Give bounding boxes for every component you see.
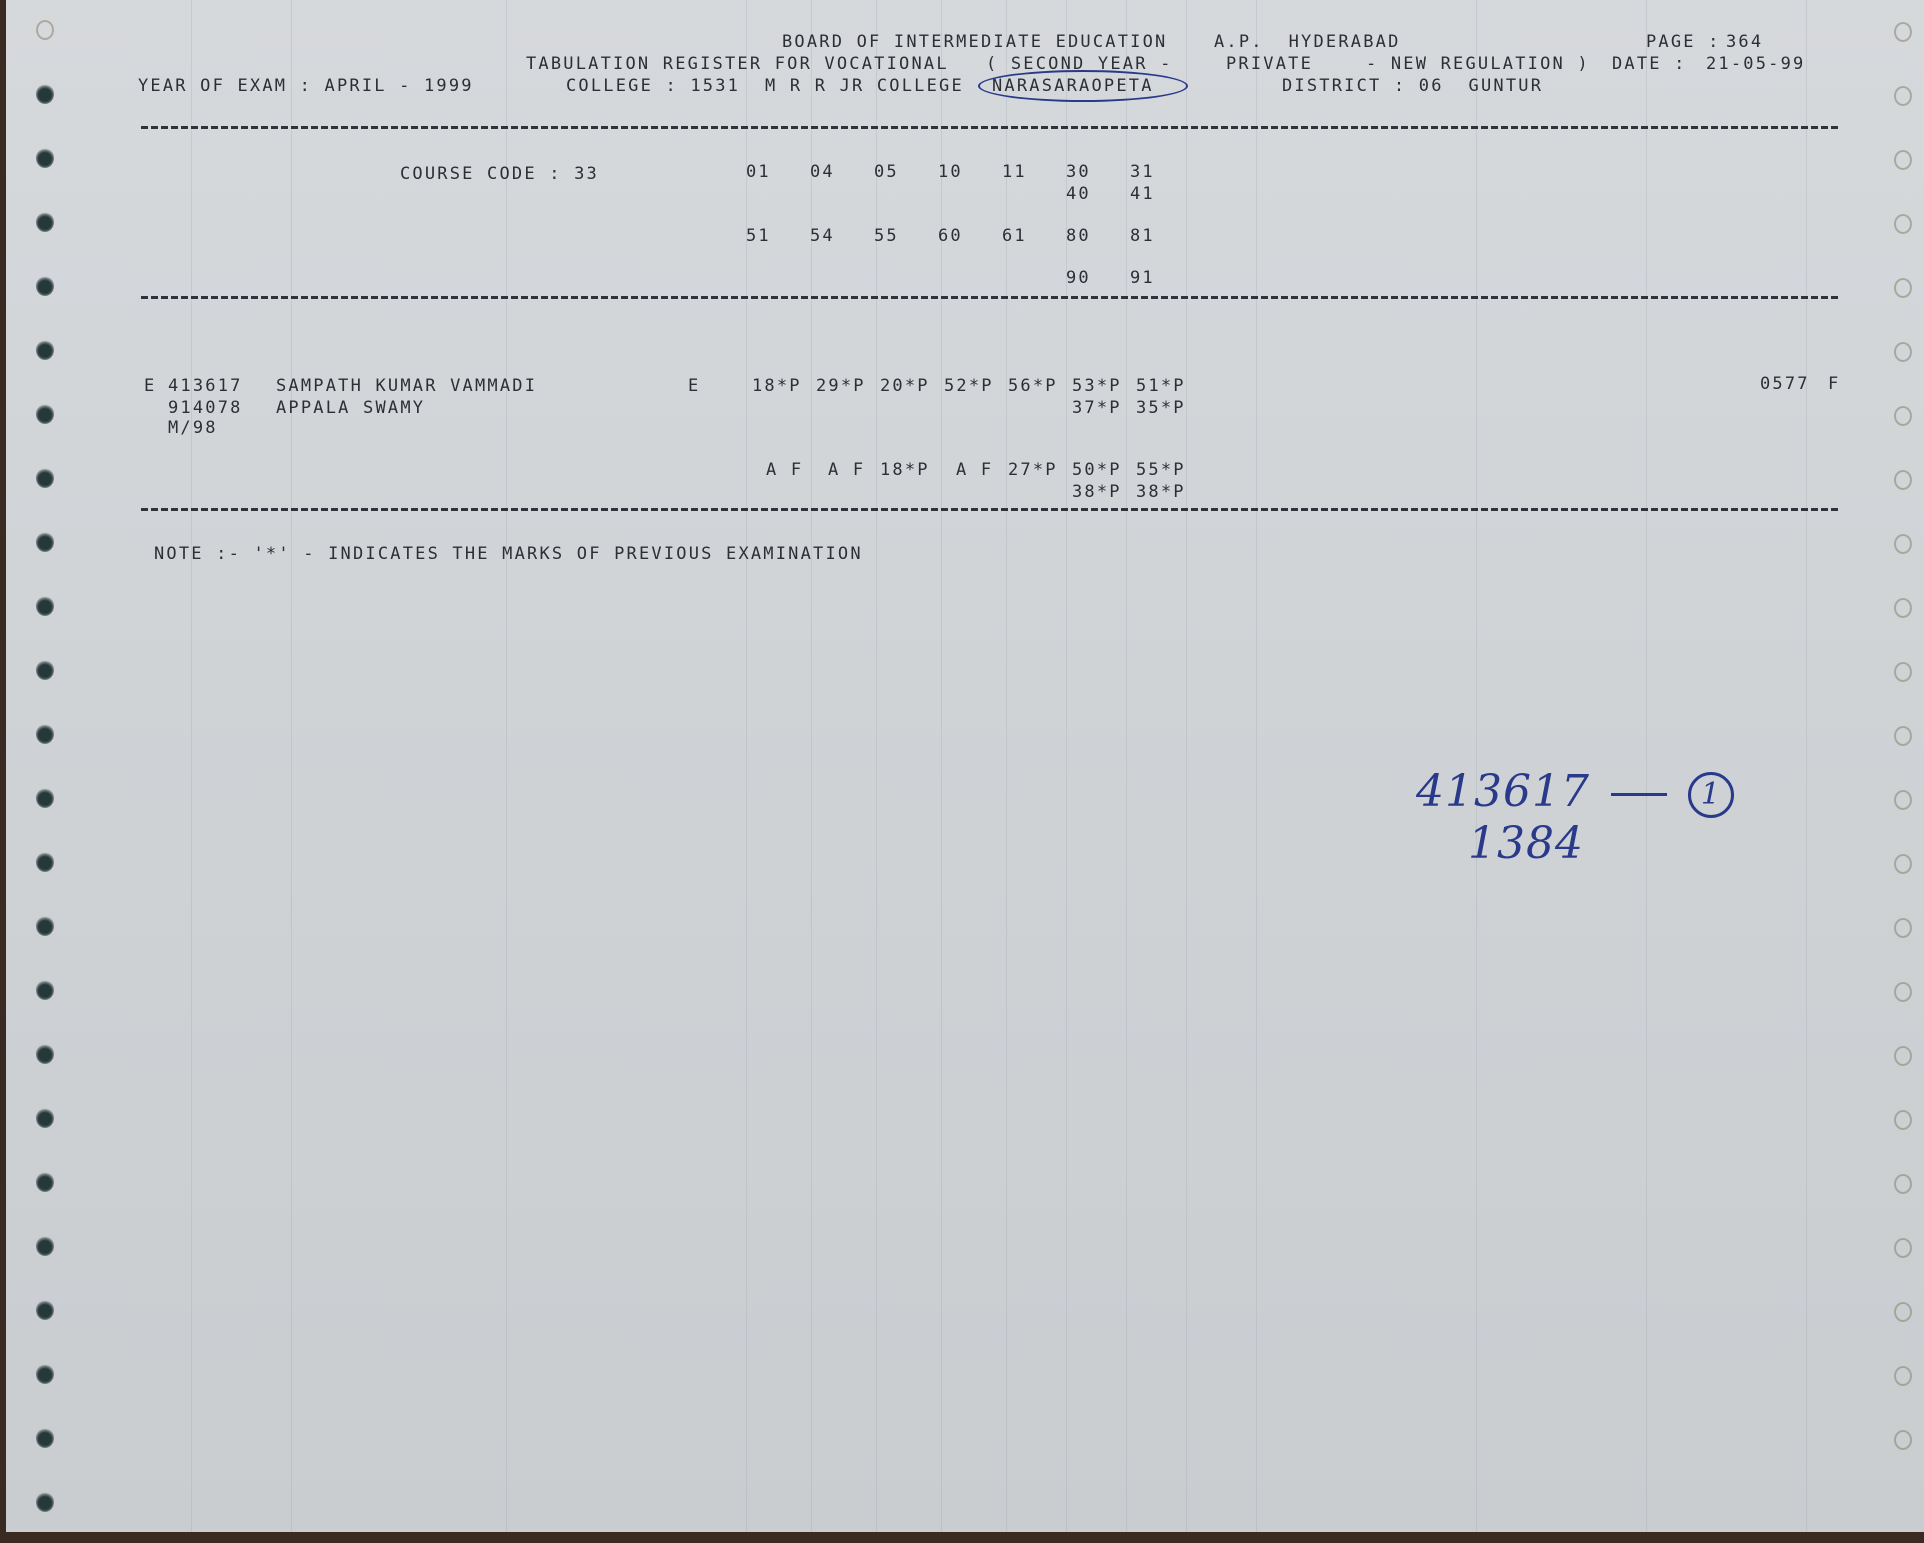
handwritten-circled-count: 1 [1688,772,1734,818]
result-status: F [1828,374,1840,395]
gender-year: M/98 [168,418,218,439]
header-divider [141,126,1838,129]
hall-ticket-number: 413617 [168,376,243,397]
record-divider [141,508,1838,511]
father-name: APPALA SWAMY [276,398,425,419]
registration-number: 914078 [168,398,243,419]
handwritten-number: 1384 [1468,820,1584,868]
year-of-exam: YEAR OF EXAM : APRIL - 1999 [138,76,474,97]
handwritten-circle-mark [978,70,1188,102]
regulation: - NEW REGULATION ) [1366,54,1590,75]
handwritten-annotation: 413617 1 [1416,768,1734,818]
page-number: 364 [1726,32,1763,53]
form-guide-lines [6,0,1924,1532]
course-divider [141,296,1838,299]
print-date: 21-05-99 [1706,54,1805,75]
handwritten-hall-ticket: 413617 [1416,766,1590,817]
page-label: PAGE : [1646,32,1721,53]
date-label: DATE : [1612,54,1687,75]
total-marks: 0577 [1760,374,1810,395]
board-location: A.P. HYDERABAD [1214,32,1401,53]
register-title: TABULATION REGISTER FOR VOCATIONAL [526,54,949,75]
candidate-type: PRIVATE [1226,54,1313,75]
student-medium: E [144,376,156,397]
course-code-label: COURSE CODE : 33 [400,164,599,185]
board-title: BOARD OF INTERMEDIATE EDUCATION [782,32,1167,53]
district-info: DISTRICT : 06 GUNTUR [1282,76,1543,97]
student-name: SAMPATH KUMAR VAMMADI [276,376,537,397]
tabulation-register-sheet: BOARD OF INTERMEDIATE EDUCATION A.P. HYD… [6,0,1924,1532]
medium-column: E [688,376,700,397]
college-info: COLLEGE : 1531 M R R JR COLLEGE [566,76,964,97]
footnote: NOTE :- '*' - INDICATES THE MARKS OF PRE… [154,544,863,565]
